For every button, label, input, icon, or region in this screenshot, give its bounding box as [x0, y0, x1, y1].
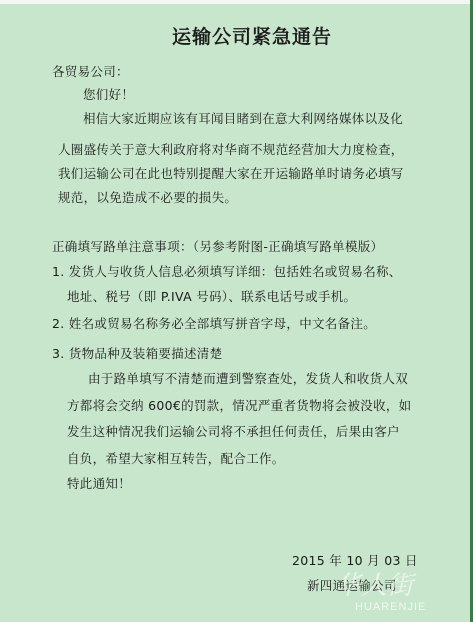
- intro-line: 相信大家近期应该有耳闻目睹到在意大利网络媒体以及化: [83, 109, 403, 127]
- note-item-1-cont: 地址、税号（即 P.IVA 号码）、联系电话号或手机。: [67, 287, 356, 305]
- note-item-1: 1. 发货人与收货人信息必须填写详细：包括姓名或贸易名称、: [52, 262, 402, 280]
- penalty-line: 由于路单填写不清楚而遭到警察查处，发货人和收货人双: [88, 369, 408, 387]
- penalty-line: 方都将会交纳 600€的罚款，情况严重者货物将会被没收，如: [67, 396, 412, 414]
- closing: 特此通知！: [67, 474, 131, 492]
- intro-line: 我们运输公司在此也特别提醒大家在开运输路单时请务必填写: [58, 164, 404, 182]
- notice-title: 运输公司紧急通告: [172, 22, 332, 49]
- penalty-line: 发生这种情况我们运输公司将不承担任何责任，后果由客户: [67, 422, 400, 440]
- penalty-line: 自负，希望大家相互转告，配合工作。: [67, 449, 285, 467]
- watermark-cn: 华人街: [335, 565, 413, 602]
- salutation: 各贸易公司：: [52, 62, 129, 80]
- intro-line: 规范，以免造成不必要的损失。: [58, 188, 237, 206]
- watermark: 华人街 HUARENJIE: [330, 565, 465, 620]
- notes-heading: 正确填写路单注意事项：（另参考附图-正确填写路单模版）: [52, 237, 383, 255]
- greeting: 您们好！: [83, 85, 134, 103]
- notice-document: 运输公司紧急通告 各贸易公司： 您们好！ 相信大家近期应该有耳闻目睹到在意大利网…: [0, 0, 470, 622]
- watermark-en: HUARENJIE: [355, 601, 426, 613]
- note-item-3: 3. 货物品种及装箱要描述清楚: [52, 344, 222, 362]
- intro-line: 人圈盛传关于意大利政府将对华商不规范经营加大力度检查，: [58, 140, 404, 158]
- note-item-2: 2. 姓名或贸易名称务必全部填写拼音字母，中文名备注。: [52, 314, 376, 332]
